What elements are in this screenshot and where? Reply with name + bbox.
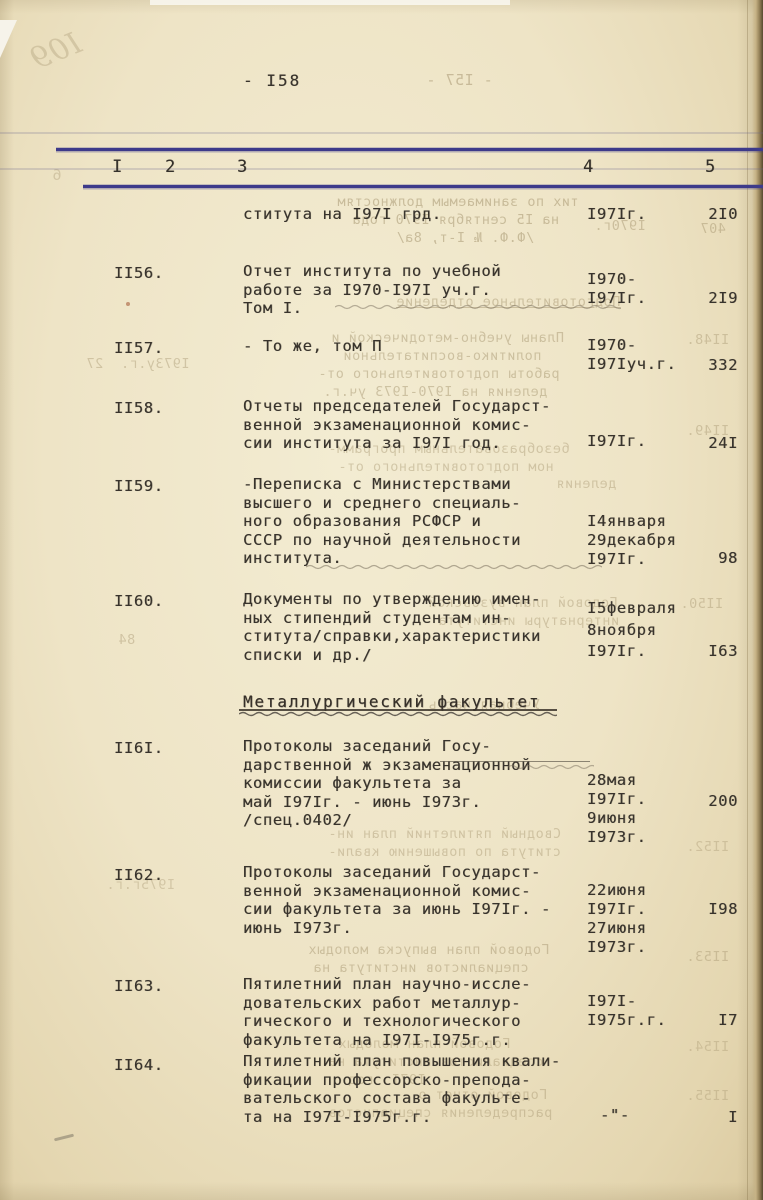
page-edge-line	[747, 0, 748, 1200]
entry-pages: 24I	[650, 434, 738, 453]
bleed-through-text: I09	[25, 26, 86, 78]
wavy-underline	[306, 563, 602, 571]
entry-description: Документы по утверждению имен- ных стипе…	[243, 590, 588, 664]
entry-pages: I	[650, 1108, 738, 1127]
entry-pages: 2I9	[650, 289, 738, 308]
entry-number: II62.	[114, 866, 184, 885]
scanner-edge	[150, 0, 510, 5]
entry-description: ститута на I97I грд.	[243, 205, 588, 224]
column-header-4: 4	[583, 157, 593, 177]
entry-pages: 2I0	[650, 205, 738, 224]
column-header-5: 5	[705, 157, 715, 177]
table-top-rule	[56, 148, 763, 151]
column-header-3: 3	[237, 157, 247, 177]
entry-pages: 98	[650, 549, 738, 568]
entry-dates: 22июня I97Iг. 27июня I973г.	[587, 881, 707, 957]
entry-description: -Переписка с Министерствами высшего и ср…	[243, 475, 588, 568]
entry-description: Протоколы заседаний Госу- дарственной ж …	[243, 737, 588, 830]
wavy-underline	[239, 710, 557, 718]
bleed-through-text: - I57 -	[426, 71, 493, 89]
wavy-underline	[335, 303, 621, 311]
bleed-through-text: II54.	[686, 1039, 729, 1055]
bleed-through-text: ститута по повышению квали-	[328, 844, 561, 860]
entry-description: Пятилетний план повышения квали- фикации…	[243, 1052, 603, 1126]
entry-description: Протоколы заседаний Государст- венной эк…	[243, 863, 588, 937]
column-header-1: I	[112, 157, 122, 177]
bleed-through-text: Годовой план выпуска молодых	[308, 942, 550, 958]
bleed-through-text: /Ф.Ф. № I-т, 8а/	[396, 230, 534, 246]
ruled-line	[0, 132, 763, 134]
scanned-document-page: I09- I57 -6тих по занимаемым должностямн…	[0, 0, 763, 1200]
entry-number: II59.	[114, 477, 184, 496]
entry-description: - То же, том П	[243, 337, 588, 356]
page-edge-shadow	[752, 0, 763, 1200]
entry-number: II60.	[114, 592, 184, 611]
entry-number: II64.	[114, 1056, 184, 1075]
page-number: - I58	[243, 72, 301, 91]
entry-pages: 200	[650, 792, 738, 811]
bleed-through-text: ном подготовительного от-	[338, 459, 554, 475]
entry-number: II58.	[114, 399, 184, 418]
bleed-through-text: II55.	[686, 1088, 729, 1104]
entry-pages: 332	[650, 356, 738, 375]
wavy-underline	[508, 763, 594, 771]
entry-pages: I7	[650, 1011, 738, 1030]
bleed-through-text: работы подготовительного от-	[318, 366, 560, 382]
entry-number: II63.	[114, 977, 184, 996]
entry-number: II6I.	[114, 739, 184, 758]
entry-number: II56.	[114, 264, 184, 283]
page-corner-notch	[0, 20, 17, 58]
entry-pages: I98	[650, 900, 738, 919]
table-header-rule	[83, 185, 763, 188]
pencil-mark	[54, 1134, 74, 1142]
entry-description: Отчеты председателей Государст- венной э…	[243, 397, 588, 453]
bleed-through-text: специалистов института на	[313, 960, 529, 976]
entry-description: Пятилетний план научно-иссле- довательск…	[243, 975, 588, 1049]
entry-pages: I63	[650, 642, 738, 661]
bleed-through-text: I973у.г. 27	[86, 356, 190, 372]
column-header-2: 2	[165, 157, 175, 177]
entry-number: II57.	[114, 339, 184, 358]
ink-dot	[126, 302, 130, 306]
bleed-through-text: 84	[118, 632, 135, 648]
